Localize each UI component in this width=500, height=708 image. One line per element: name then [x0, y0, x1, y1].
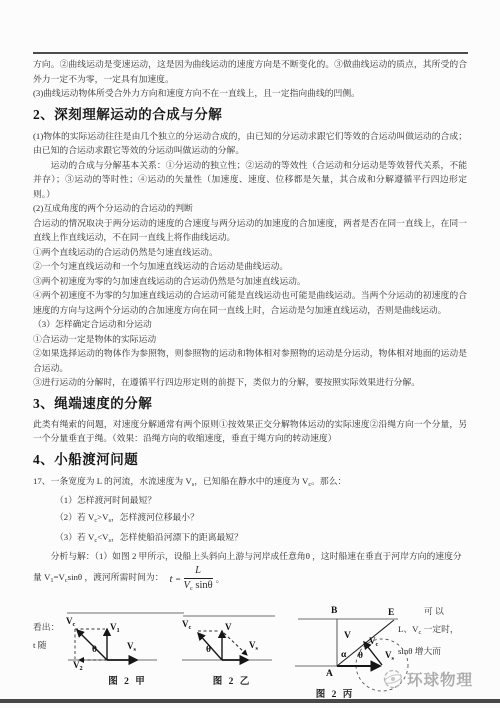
watermark: 环球物理 [382, 668, 473, 690]
angle-label-theta: θ [358, 651, 363, 661]
question-1: （1）怎样渡河时间最短？ [33, 492, 467, 509]
analysis-text: 量 V [33, 572, 50, 582]
analysis-text: sinθ ，渡河所需时间为： [68, 572, 164, 582]
wrapped-text-line: 看出： [33, 618, 59, 636]
vector-label-vc: Vc [182, 619, 191, 631]
vector-label-vs: Vs [127, 641, 136, 653]
subscript: s [134, 646, 136, 653]
angle-label-theta: θ [92, 645, 97, 655]
vector-label-v: V [344, 631, 351, 641]
figure-caption: 图 2 丙 [275, 686, 395, 700]
vector-label-v: V [225, 622, 232, 632]
section3-heading: 3、绳端速度的分解 [33, 395, 467, 413]
vector-label-vc: Vc [66, 616, 75, 628]
point-label-a: A [326, 669, 333, 679]
paragraph: ①两个直线运动的合运动仍然是匀速直线运动。 [33, 245, 467, 260]
section4-heading: 4、小船渡河问题 [33, 451, 467, 469]
question-text: <V [97, 532, 108, 542]
subscript: c [376, 641, 379, 648]
vector-label-vs: Vs [385, 650, 394, 662]
paragraph: ③进行运动的分解时，在遵循平行四边形定则的前提下，类似力的分解，要按照实际效果进… [33, 375, 467, 390]
river-vector-diagram-jia [65, 598, 190, 668]
analysis-line-2: 量 V1=Vcsinθ ，渡河所需时间为： t = L Vc sinθ 。 [33, 564, 467, 596]
wrapped-text-line: t 随 [33, 636, 59, 654]
fraction-numerator: L [195, 565, 201, 577]
angle-label-alpha: α [341, 650, 346, 660]
problem-text: 17、一条宽度为 L 的河流，水流速度为 V [33, 476, 192, 486]
paragraph: ①合运动一定是物体的实际运动 [33, 332, 467, 347]
vector-label-v2: V2 [73, 660, 83, 672]
paragraph: ③两个初速度为零的匀加速直线运动的合运动仍然是匀加速直线运动。 [33, 274, 467, 289]
wrapped-text-line: L、Vc 一定时， [398, 620, 468, 642]
paragraph: ④两个初速度不为零的匀加速直线运动的合运动可能是直线运动也可能是曲线运动。当两个… [33, 288, 467, 317]
question-text: ，怎样渡河位移最小？ [111, 512, 199, 522]
question-text: ，怎样使船沿河漂下的距离最短？ [111, 532, 243, 542]
analysis-line-1: 分析与解：（1）如图 2 甲所示，设船上头斜向上游与河岸成任意角θ ，这时船速在… [33, 549, 467, 564]
vector-label-vs: Vs [249, 640, 258, 652]
globe-logo-icon [382, 668, 404, 690]
wrapped-text-left: 看出： t 随 [33, 618, 59, 654]
problem-text: ，已知船在静水中的速度为 V [194, 476, 308, 486]
fraction-bar [184, 578, 213, 579]
formula-fraction: L Vc sinθ [184, 565, 213, 595]
subscript: s [392, 655, 394, 662]
formula-period: 。 [216, 572, 225, 587]
problem-text: 。那么： [311, 476, 346, 486]
vector-label-vc: Vc [369, 636, 378, 648]
paragraph: （3）怎样确定合运动和分运动 [33, 317, 467, 332]
wrapped-text-line: sinθ 增大而 [398, 642, 468, 660]
figure-caption: 图 2 甲 [65, 673, 190, 687]
denominator-sin: sinθ [193, 580, 213, 591]
vector-label-v1: V1 [110, 622, 120, 634]
paragraph-intro-1: 方向。②曲线运动是变速运动，这是因为曲线运动的速度方向是不断变化的。③做曲线运动… [33, 57, 467, 86]
question-2: （2）若 Vc>Vs，怎样渡河位移最小？ [33, 509, 467, 529]
wrapped-text-right: 可 以 L、Vc 一定时， sinθ 增大而 [398, 602, 468, 660]
top-divider [33, 52, 468, 54]
paragraph: (1)物体的实际运动往往是由几个独立的分运动合成的，由已知的分运动求跟它们等效的… [33, 129, 467, 158]
wrapped-text: L、V [398, 624, 419, 634]
document-page: 方向。②曲线运动是变速运动，这是因为曲线运动的速度方向是不断变化的。③做曲线运动… [0, 0, 500, 708]
watermark-text: 环球物理 [407, 668, 473, 690]
question-text: （3）若 V [55, 532, 94, 542]
subscript: c [73, 621, 76, 628]
subscript: 2 [80, 665, 83, 672]
point-label-e: E [388, 608, 394, 618]
fraction-denominator: Vc sinθ [184, 580, 213, 595]
problem-statement: 17、一条宽度为 L 的河流，水流速度为 Vs，已知船在静水中的速度为 Vc。那… [33, 474, 467, 493]
figure-2-yi: Vc V Vs θ 图 2 乙 [182, 598, 282, 698]
paragraph: 此类有绳索的问题，对速度分解通常有两个原则①按效果正交分解物体运动的实际速度②沿… [33, 417, 467, 446]
paragraph: ②一个匀速直线运动和一个匀加速直线运动的合运动是曲线运动。 [33, 259, 467, 274]
question-3: （3）若 Vc<Vs，怎样使船沿河漂下的距离最短？ [33, 529, 467, 549]
wrapped-text: 一定时， [421, 624, 458, 634]
paragraph: (2)互成角度的两个分运动的合运动的判断 [33, 201, 467, 216]
paragraph-intro-2: (3)曲线运动物体所受合外力方向和速度方向不在一直线上，且一定指向曲线的凹侧。 [33, 86, 467, 101]
point-label-b: B [331, 606, 337, 616]
figure-caption: 图 2 乙 [182, 673, 282, 687]
paragraph: ②如果选择运动的物体作为参照物，则参照物的运动和物体相对参照物的运动是分运动，物… [33, 346, 467, 375]
formula-variable-t: t [170, 572, 173, 587]
subscript: s [256, 645, 258, 652]
paragraph: 合运动的情况取决于两分运动的速度的合速度与两分运动的加速度的合加速度，两者是否在… [33, 216, 467, 245]
river-vector-diagram-yi [182, 598, 282, 668]
analysis-text: 量 V1=Vcsinθ ，渡河所需时间为： [33, 570, 164, 589]
wrapped-text-line: 可 以 [398, 602, 468, 620]
section2-heading: 2、深刻理解运动的合成与分解 [33, 106, 467, 124]
document-body: 方向。②曲线运动是变速运动，这是因为曲线运动的速度方向是不断变化的。③做曲线运动… [33, 57, 467, 596]
question-text: （2）若 V [55, 512, 94, 522]
analysis-text: =V [54, 572, 65, 582]
subscript: c [189, 624, 192, 631]
figure-2-jia: Vc V1 Vs V2 θ 图 2 甲 [65, 598, 190, 698]
subscript: 1 [117, 627, 120, 634]
formula-equals: = [176, 572, 181, 587]
angle-label-theta: θ [206, 645, 211, 655]
bottom-divider [0, 699, 500, 703]
paragraph: 运动的合成与分解基本关系：①分运动的独立性；②运动的等效性（合运动和分运动是等效… [33, 158, 467, 202]
question-text: >V [97, 512, 108, 522]
